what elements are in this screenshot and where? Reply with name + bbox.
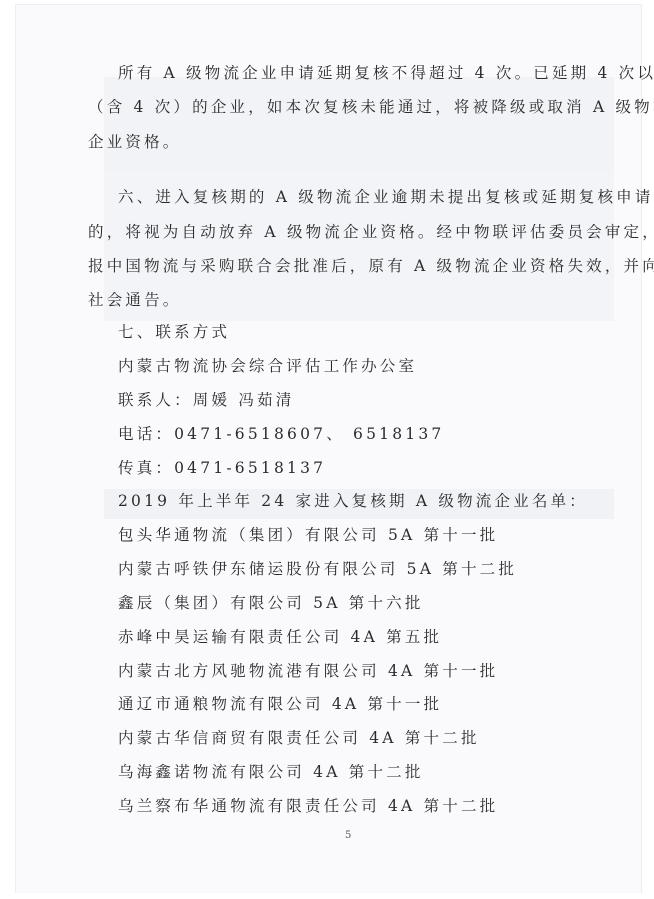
list-item: 乌兰察布华通物流有限责任公司 4A 第十二批: [118, 796, 498, 816]
fax-number: 传真：0471-6518137: [118, 458, 326, 478]
company-level: 5A: [388, 526, 415, 544]
company-list-title: 2019 年上半年 24 家进入复核期 A 级物流企业名单：: [118, 491, 588, 511]
list-item: 乌海鑫诺物流有限公司 4A 第十二批: [118, 762, 424, 782]
company-batch: 第十一批: [367, 695, 442, 713]
company-level: 4A: [351, 628, 378, 646]
company-name: 鑫辰（集团）有限公司: [118, 594, 305, 612]
paragraph-line: （含 4 次）的企业，如本次复核未能通过，将被降级或取消 A 级物流: [88, 97, 654, 117]
office-name: 内蒙古物流协会综合评估工作办公室: [118, 356, 417, 376]
contact-persons: 联系人：周媛 冯茹清: [118, 390, 294, 410]
company-name: 内蒙古华信商贸有限责任公司: [118, 729, 361, 747]
company-level: 5A: [407, 560, 434, 578]
list-item: 赤峰中昊运输有限责任公司 4A 第五批: [118, 627, 442, 647]
scan-shade-band: [104, 77, 614, 185]
list-item: 包头华通物流（集团）有限公司 5A 第十一批: [118, 525, 498, 545]
company-level: 4A: [369, 729, 396, 747]
company-batch: 第五批: [386, 628, 442, 646]
paragraph-line: 企业资格。: [88, 132, 182, 152]
list-item: 内蒙古呼铁伊东储运股份有限公司 5A 第十二批: [118, 559, 517, 579]
paragraph-line: 所有 A 级物流企业申请延期复核不得超过 4 次。已延期 4 次以上: [118, 63, 654, 83]
company-batch: 第十一批: [424, 526, 499, 544]
company-batch: 第十二批: [442, 560, 517, 578]
company-name: 包头华通物流（集团）有限公司: [118, 526, 380, 544]
list-item: 内蒙古华信商贸有限责任公司 4A 第十二批: [118, 728, 480, 748]
phone-number: 电话：0471-6518607、 6518137: [118, 424, 444, 444]
list-item: 内蒙古北方风驰物流港有限公司 4A 第十一批: [118, 661, 498, 681]
company-level: 5A: [313, 594, 340, 612]
company-name: 内蒙古北方风驰物流港有限公司: [118, 662, 380, 680]
company-level: 4A: [332, 695, 359, 713]
paragraph-line: 六、进入复核期的 A 级物流企业逾期未提出复核或延期复核申请: [118, 187, 654, 207]
company-name: 内蒙古呼铁伊东储运股份有限公司: [118, 560, 399, 578]
company-name: 乌兰察布华通物流有限责任公司: [118, 797, 380, 815]
company-name: 通辽市通粮物流有限公司: [118, 695, 324, 713]
paragraph-line: 报中国物流与采购联合会批准后，原有 A 级物流企业资格失效，并向: [88, 256, 654, 276]
company-batch: 第十一批: [424, 662, 499, 680]
company-name: 乌海鑫诺物流有限公司: [118, 763, 305, 781]
company-batch: 第十二批: [424, 797, 499, 815]
company-batch: 第十二批: [405, 729, 480, 747]
list-item: 通辽市通粮物流有限公司 4A 第十一批: [118, 694, 442, 714]
company-level: 4A: [313, 763, 340, 781]
company-level: 4A: [388, 662, 415, 680]
company-batch: 第十二批: [349, 763, 424, 781]
company-level: 4A: [388, 797, 415, 815]
paragraph-line: 的，将视为自动放弃 A 级物流企业资格。经中物联评估委员会审定，: [88, 222, 654, 242]
company-name: 赤峰中昊运输有限责任公司: [118, 628, 342, 646]
company-batch: 第十六批: [349, 594, 424, 612]
section-heading: 七、联系方式: [118, 322, 230, 342]
paragraph-line: 社会通告。: [88, 290, 182, 310]
page-number: 5: [345, 830, 351, 841]
list-item: 鑫辰（集团）有限公司 5A 第十六批: [118, 593, 424, 613]
